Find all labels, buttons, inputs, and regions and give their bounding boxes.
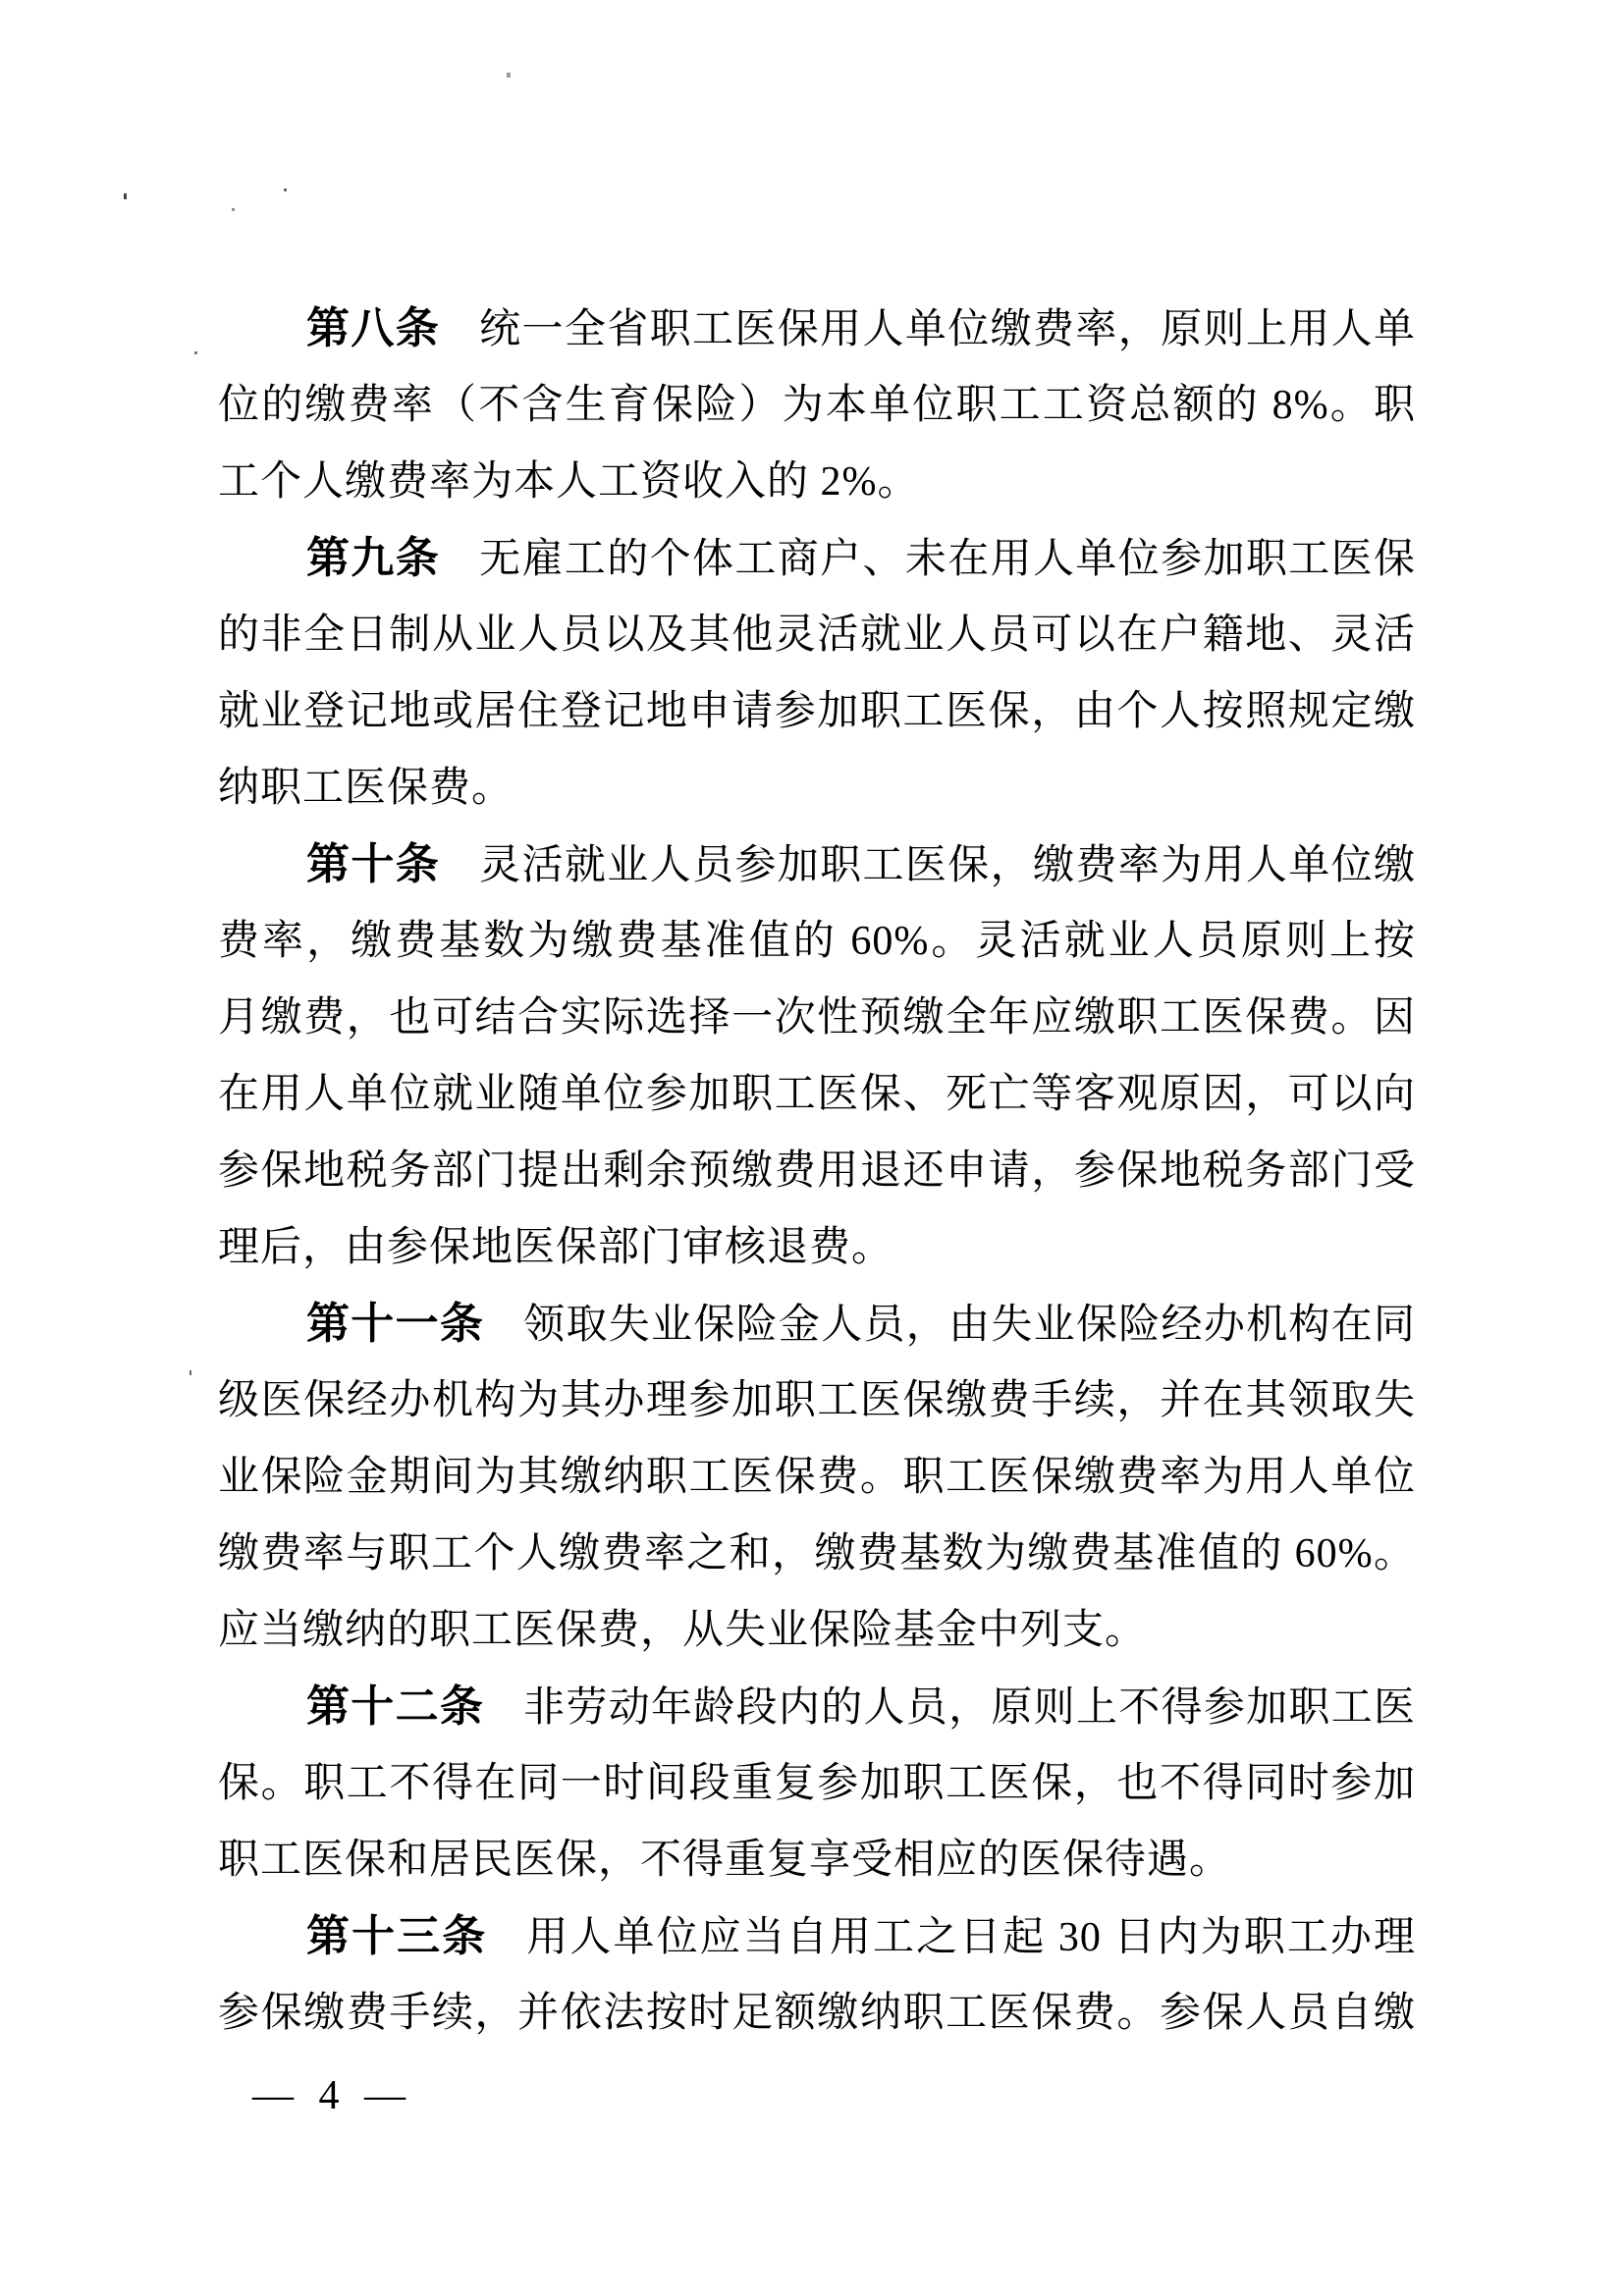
document-line: 第十二条非劳动年龄段内的人员，原则上不得参加职工医 — [218, 1669, 1416, 1745]
document-line: 第八条统一全省职工医保用人单位缴费率，原则上用人单 — [218, 291, 1416, 367]
document-line: 应当缴纳的职工医保费，从失业保险基金中列支。 — [218, 1592, 1416, 1669]
scan-speck — [189, 1370, 191, 1375]
document-line: 第九条无雇工的个体工商户、未在用人单位参加职工医保 — [218, 520, 1416, 597]
document-line: 的非全日制从业人员以及其他灵活就业人员可以在户籍地、灵活 — [218, 597, 1416, 673]
article-number: 第十二条 — [306, 1682, 484, 1731]
article-number: 第十三条 — [306, 1912, 487, 1960]
paragraph-article-10: 第十条灵活就业人员参加职工医保，缴费率为用人单位缴 费率，缴费基数为缴费基准值的… — [218, 827, 1416, 1286]
document-line: 级医保经办机构为其办理参加职工医保缴费手续，并在其领取失 — [218, 1362, 1416, 1439]
scan-speck — [507, 73, 511, 78]
page-footer: — 4 — — [252, 2057, 406, 2134]
page-number: — 4 — — [252, 2073, 406, 2118]
scan-speck — [232, 208, 235, 211]
article-number: 第十一条 — [306, 1300, 484, 1348]
article-number: 第九条 — [306, 534, 440, 582]
document-line: 职工医保和居民医保，不得重复享受相应的医保待遇。 — [218, 1822, 1416, 1898]
document-line: 第十一条领取失业保险金人员，由失业保险经办机构在同 — [218, 1286, 1416, 1362]
document-line: 参保缴费手续，并依法按时足额缴纳职工医保费。参保人员自缴 — [218, 1975, 1416, 2052]
document-line: 第十三条用人单位应当自用工之日起 30 日内为职工办理 — [218, 1898, 1416, 1975]
article-first-line-text: 非劳动年龄段内的人员，原则上不得参加职工医 — [523, 1685, 1416, 1731]
document-line: 月缴费，也可结合实际选择一次性预缴全年应缴职工医保费。因 — [218, 980, 1416, 1056]
document-body: 第八条统一全省职工医保用人单位缴费率，原则上用人单 位的缴费率（不含生育保险）为… — [218, 291, 1416, 2052]
scan-speck — [194, 351, 197, 354]
document-line: 就业登记地或居住登记地申请参加职工医保，由个人按照规定缴 — [218, 673, 1416, 750]
article-first-line-text: 无雇工的个体工商户、未在用人单位参加职工医保 — [479, 537, 1416, 582]
paragraph-article-9: 第九条无雇工的个体工商户、未在用人单位参加职工医保 的非全日制从业人员以及其他灵… — [218, 520, 1416, 827]
document-line: 第十条灵活就业人员参加职工医保，缴费率为用人单位缴 — [218, 827, 1416, 903]
document-line: 费率，缴费基数为缴费基准值的 60%。灵活就业人员原则上按 — [218, 903, 1416, 980]
paragraph-article-12: 第十二条非劳动年龄段内的人员，原则上不得参加职工医 保。职工不得在同一时间段重复… — [218, 1669, 1416, 1898]
document-line: 业保险金期间为其缴纳职工医保费。职工医保缴费率为用人单位 — [218, 1439, 1416, 1516]
article-number: 第八条 — [306, 304, 440, 352]
document-line: 在用人单位就业随单位参加职工医保、死亡等客观原因，可以向 — [218, 1056, 1416, 1133]
document-line: 位的缴费率（不含生育保险）为本单位职工工资总额的 8%。职 — [218, 367, 1416, 444]
document-line: 纳职工医保费。 — [218, 750, 1416, 827]
document-line: 缴费率与职工个人缴费率之和，缴费基数为缴费基准值的 60%。 — [218, 1516, 1416, 1592]
article-first-line-text: 灵活就业人员参加职工医保，缴费率为用人单位缴 — [479, 843, 1416, 888]
document-page: 第八条统一全省职工医保用人单位缴费率，原则上用人单 位的缴费率（不含生育保险）为… — [0, 0, 1623, 2296]
paragraph-article-11: 第十一条领取失业保险金人员，由失业保险经办机构在同 级医保经办机构为其办理参加职… — [218, 1286, 1416, 1669]
document-line: 工个人缴费率为本人工资收入的 2%。 — [218, 444, 1416, 520]
article-number: 第十条 — [306, 840, 440, 888]
document-line: 保。职工不得在同一时间段重复参加职工医保，也不得同时参加 — [218, 1745, 1416, 1822]
article-first-line-text: 领取失业保险金人员，由失业保险经办机构在同 — [523, 1303, 1416, 1348]
article-first-line-text: 统一全省职工医保用人单位缴费率，原则上用人单 — [479, 307, 1416, 352]
paragraph-article-13: 第十三条用人单位应当自用工之日起 30 日内为职工办理 参保缴费手续，并依法按时… — [218, 1898, 1416, 2052]
scan-speck — [124, 193, 127, 199]
document-line: 参保地税务部门提出剩余预缴费用退还申请，参保地税务部门受 — [218, 1133, 1416, 1209]
article-first-line-text: 用人单位应当自用工之日起 30 日内为职工办理 — [526, 1915, 1416, 1960]
scan-speck — [284, 188, 287, 191]
document-line: 理后，由参保地医保部门审核退费。 — [218, 1209, 1416, 1286]
paragraph-article-8: 第八条统一全省职工医保用人单位缴费率，原则上用人单 位的缴费率（不含生育保险）为… — [218, 291, 1416, 520]
